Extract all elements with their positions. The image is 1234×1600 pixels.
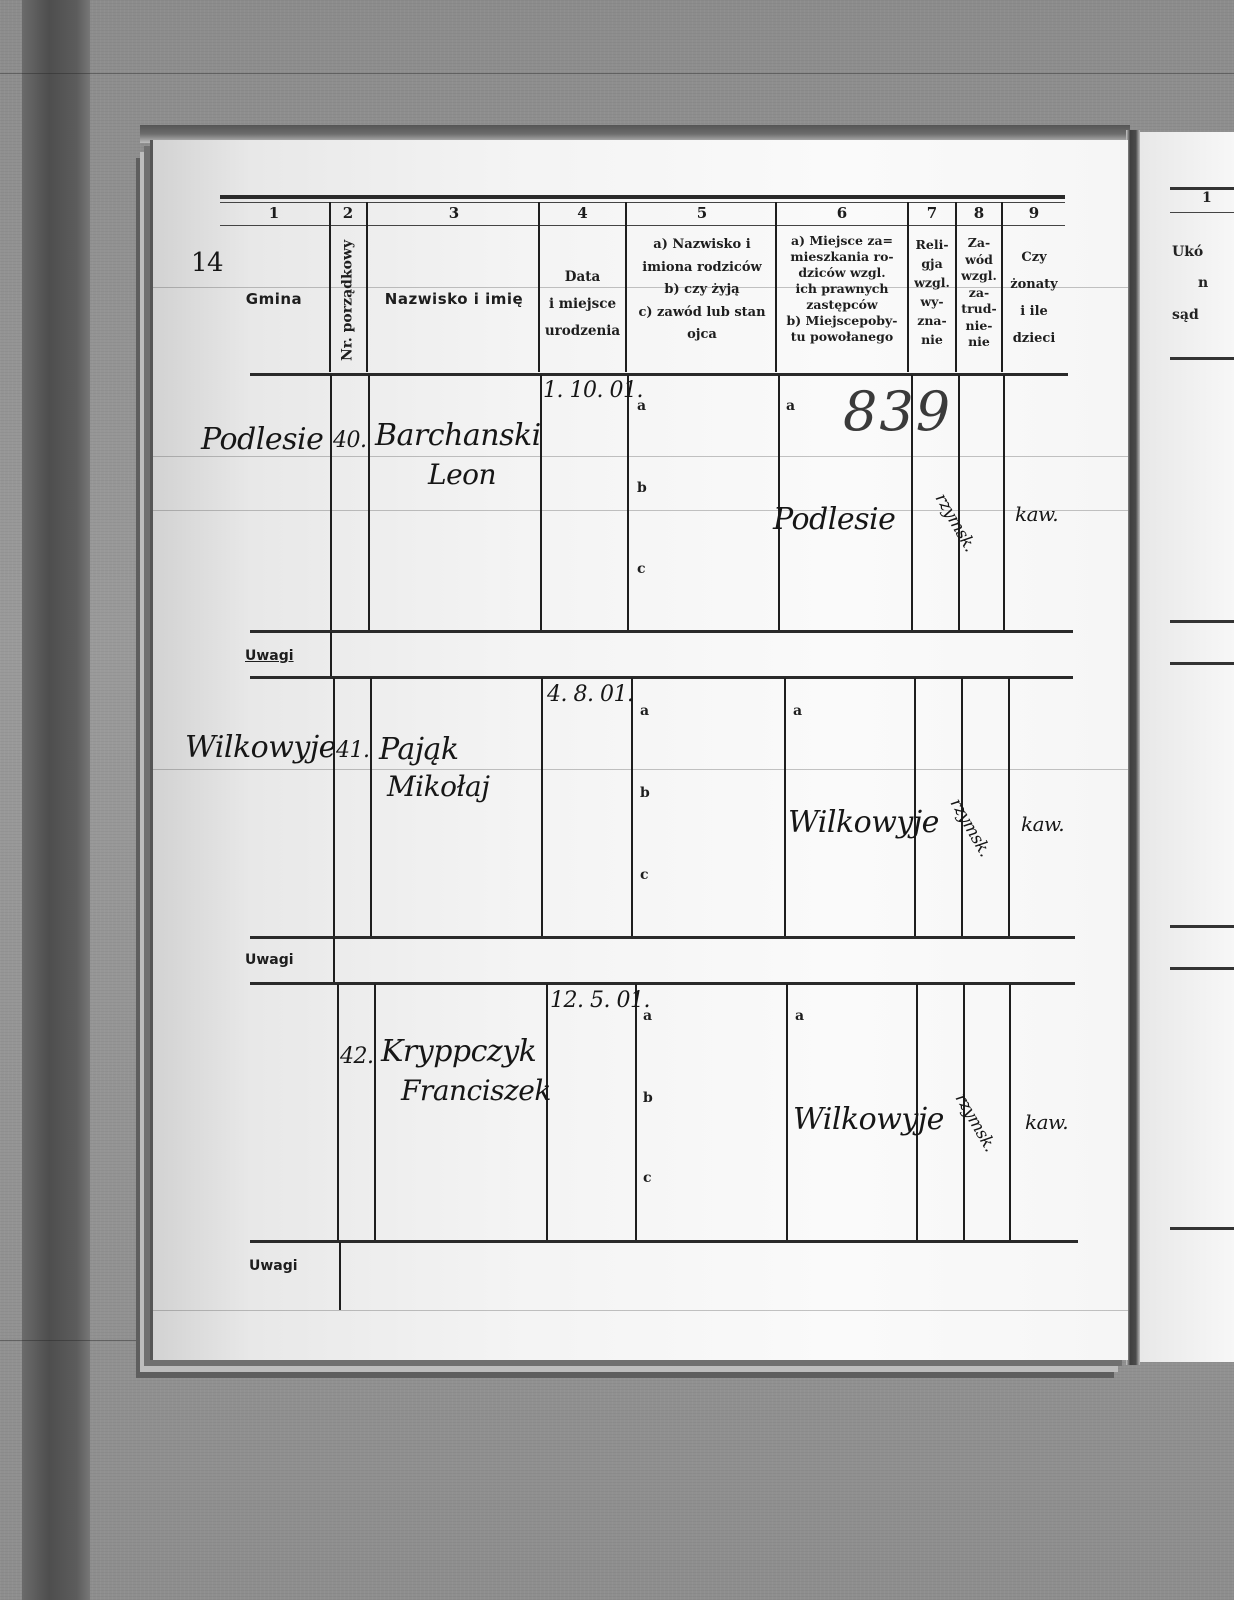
entry-surname: Barchanski	[375, 418, 541, 453]
col-divider	[374, 984, 376, 1240]
col-divider	[784, 678, 786, 936]
header-col-divider	[329, 202, 331, 372]
remarks-label: Uwagi	[245, 648, 294, 664]
header-line: ojca	[627, 324, 777, 347]
header-data-urodzenia: Data i miejsce urodzenia	[540, 264, 625, 345]
header-line: za-	[957, 285, 1001, 302]
remarks-bottom-rule	[250, 676, 1073, 679]
col-number-4: 4	[540, 204, 625, 222]
next-page-rule	[1170, 212, 1234, 213]
col-number-3: 3	[368, 204, 540, 222]
next-page-header-line: sąd	[1172, 307, 1199, 323]
book-gutter	[1126, 130, 1140, 1365]
col-divider	[958, 375, 960, 630]
entry-birth-date: 4. 8. 01.	[547, 682, 633, 707]
entry-residence: Podlesie	[773, 502, 895, 537]
entry-surname: Pająk	[379, 732, 459, 767]
entry-birth-date: 1. 10. 01.	[543, 378, 643, 403]
col-divider	[631, 678, 633, 936]
entry-bottom-rule	[250, 1240, 1078, 1243]
col-number-8: 8	[957, 204, 1001, 222]
sub-label-b: b	[637, 480, 647, 496]
next-page-col-num: 1	[1202, 190, 1212, 206]
header-nr-porzadkowy: Nr. porządkowy	[336, 232, 360, 368]
header-line: zna-	[909, 311, 955, 330]
header-line: Czy	[1003, 244, 1065, 271]
header-line: urodzenia	[540, 318, 625, 345]
header-line: zastępców	[777, 297, 907, 313]
sub-label-a: a	[793, 703, 802, 719]
next-page-rule	[1170, 620, 1234, 623]
col-number-5: 5	[627, 204, 777, 222]
entry-gmina: Wilkowyje	[185, 730, 336, 765]
header-line: b) Miejscepoby-	[777, 313, 907, 329]
margin-page-number: 14	[191, 248, 223, 278]
col-divider	[635, 984, 637, 1240]
sub-label-c: c	[643, 1170, 652, 1186]
header-bottom-rule	[250, 373, 1068, 376]
header-line: wy-	[909, 292, 955, 311]
header-line: dzieci	[1003, 325, 1065, 352]
remarks-label: Uwagi	[245, 952, 294, 968]
col-number-2: 2	[330, 204, 366, 222]
header-line: tu powołanego	[777, 329, 907, 345]
col-number-9: 9	[1003, 204, 1065, 222]
ruled-line	[153, 510, 1128, 511]
entry-occupation: rzymsk.	[946, 795, 995, 860]
entry-marital: kaw.	[1021, 812, 1064, 836]
col-divider	[333, 678, 335, 936]
col-divider	[368, 375, 370, 630]
next-page-rule	[1170, 662, 1234, 665]
entry-given-name: Leon	[428, 458, 496, 491]
entry-nr: 42.	[340, 1044, 374, 1069]
ruled-line	[153, 1310, 1128, 1311]
sub-label-a: a	[637, 398, 646, 414]
header-line: wód	[957, 252, 1001, 269]
entry-birth-date: 12. 5. 01.	[550, 988, 650, 1013]
archive-stamp-number: 839	[843, 380, 952, 443]
entry-nr: 41.	[336, 738, 370, 763]
header-religia: Reli- gja wzgl. wy- zna- nie	[909, 235, 955, 349]
remarks-field	[335, 634, 1070, 674]
header-line: żonaty	[1003, 271, 1065, 298]
uwagi-divider	[330, 632, 332, 676]
header-zawod: Za- wód wzgl. za- trud- nie- nie	[957, 235, 1001, 351]
sub-label-a: a	[786, 398, 795, 414]
header-line: wzgl.	[909, 273, 955, 292]
remarks-label: Uwagi	[249, 1258, 298, 1274]
next-page-rule	[1170, 1227, 1234, 1230]
header-rodzice: a) Nazwisko i imiona rodziców b) czy żyj…	[627, 234, 777, 347]
header-line: Data	[540, 264, 625, 291]
header-miejsce-zamieszkania: a) Miejsce za= mieszkania ro- dziców wzg…	[777, 233, 907, 345]
col-divider	[370, 678, 372, 936]
col-divider	[627, 375, 629, 630]
next-page-header-line: n	[1198, 275, 1208, 291]
header-nazwisko-i-imie: Nazwisko i imię	[368, 290, 540, 308]
uwagi-divider	[333, 938, 335, 982]
header-line: c) zawód lub stan	[627, 302, 777, 325]
sub-label-b: b	[640, 785, 650, 801]
header-line: nie	[909, 330, 955, 349]
entry-bottom-rule	[250, 936, 1075, 939]
header-line: i ile	[1003, 298, 1065, 325]
header-line: mieszkania ro-	[777, 249, 907, 265]
header-line: a) Nazwisko i	[627, 234, 777, 257]
binder-edge	[22, 0, 90, 1600]
col-divider	[1008, 678, 1010, 936]
next-page-fragment: 1 Ukó n sąd	[1140, 132, 1234, 1362]
header-line: dziców wzgl.	[777, 265, 907, 281]
remarks-field	[343, 1244, 1078, 1304]
col-divider	[1003, 375, 1005, 630]
header-line: nie-	[957, 318, 1001, 335]
entry-occupation: rzymsk.	[931, 490, 980, 555]
entry-bottom-rule	[250, 630, 1073, 633]
header-line: b) czy żyją	[627, 279, 777, 302]
col-divider	[540, 375, 542, 630]
entry-given-name: Franciszek	[401, 1074, 551, 1107]
header-czy-zonaty: Czy żonaty i ile dzieci	[1003, 244, 1065, 352]
entry-nr: 40.	[333, 428, 367, 453]
entry-marital: kaw.	[1015, 502, 1058, 526]
entry-marital: kaw.	[1025, 1110, 1068, 1134]
col-number-1: 1	[220, 204, 328, 222]
table-top-rule-thin	[220, 202, 1065, 203]
next-page-rule	[1170, 967, 1234, 970]
col-divider	[337, 984, 339, 1240]
col-number-7: 7	[909, 204, 955, 222]
header-line: wzgl.	[957, 268, 1001, 285]
col-number-6: 6	[777, 204, 907, 222]
remarks-field	[338, 940, 1073, 980]
header-col-divider	[366, 202, 368, 372]
scan-line	[0, 73, 1234, 74]
table-top-rule	[220, 195, 1065, 199]
header-line: ich prawnych	[777, 281, 907, 297]
header-line: i miejsce	[540, 291, 625, 318]
sub-label-a: a	[643, 1008, 652, 1024]
sub-label-b: b	[643, 1090, 653, 1106]
next-page-header-line: Ukó	[1172, 244, 1203, 260]
next-page-rule	[1170, 925, 1234, 928]
header-line: gja	[909, 254, 955, 273]
header-line: nie	[957, 334, 1001, 351]
header-line: Za-	[957, 235, 1001, 252]
sub-label-c: c	[640, 867, 649, 883]
entry-gmina: Podlesie	[201, 422, 323, 457]
col-divider	[330, 375, 332, 630]
header-gmina: Gmina	[220, 290, 328, 308]
entry-residence: Wilkowyje	[793, 1102, 944, 1137]
header-line: trud-	[957, 301, 1001, 318]
header-line: Reli-	[909, 235, 955, 254]
ruled-line	[153, 769, 1128, 770]
col-number-underline	[220, 225, 1065, 226]
col-divider	[1009, 984, 1011, 1240]
entry-residence: Wilkowyje	[788, 805, 939, 840]
entry-occupation: rzymsk.	[951, 1090, 1000, 1155]
entry-surname: Kryppczyk	[381, 1034, 536, 1069]
sub-label-a: a	[640, 703, 649, 719]
header-line: a) Miejsce za=	[777, 233, 907, 249]
register-page: 14 1 2 3 4 5 6 7 8 9 Gmina Nr. porządkow…	[150, 140, 1128, 1360]
sub-label-c: c	[637, 561, 646, 577]
header-line: imiona rodziców	[627, 257, 777, 280]
col-divider	[541, 678, 543, 936]
entry-given-name: Mikołaj	[387, 770, 489, 803]
uwagi-divider	[339, 1242, 341, 1310]
next-page-rule	[1170, 357, 1234, 360]
col-divider	[786, 984, 788, 1240]
sub-label-a: a	[795, 1008, 804, 1024]
col-divider	[546, 984, 548, 1240]
